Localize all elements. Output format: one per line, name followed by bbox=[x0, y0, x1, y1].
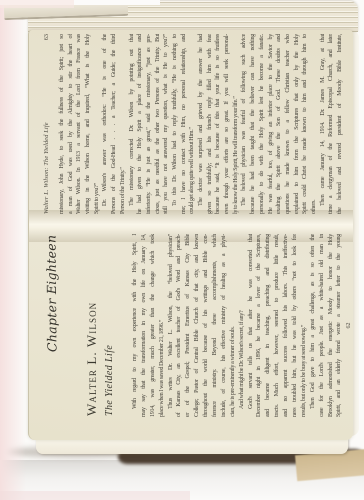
text-line: because he had been taught that the beli… bbox=[249, 34, 258, 214]
text-line: er of the Gospel; President Emeritus of … bbox=[184, 234, 193, 417]
text-line: me; I have no contact with Him, no perso… bbox=[180, 34, 189, 214]
text-line: Thus writes Dr. Walter L. Wilson, the “b… bbox=[167, 234, 176, 417]
text-line: even though your efforts are so great. I… bbox=[223, 34, 232, 214]
text-line: he had given to the Holy Spirit a place … bbox=[136, 34, 145, 214]
text-line: because he said, “It is because of this … bbox=[214, 34, 223, 214]
text-line: personally to do with the Holy Spirit le… bbox=[258, 34, 267, 214]
text-line: missionary, John Hyde, to seek the fulln… bbox=[58, 34, 67, 214]
text-line: cious, just as needful as the other two … bbox=[154, 34, 163, 214]
page-number-63: 63 bbox=[43, 34, 50, 40]
text-line: explained to him from the Scriptures tha… bbox=[293, 34, 302, 214]
text-line: College; Pastor of Central Bible Church … bbox=[193, 234, 202, 417]
text-line: December night in 1896, he became a love… bbox=[255, 234, 264, 417]
text-line: The missionary corrected Dr. Wilson by p… bbox=[128, 34, 137, 214]
text-line: others. bbox=[310, 34, 319, 214]
book-spread: Chapter Eighteen Walter L. Wilson The Yi… bbox=[28, 30, 353, 440]
text-line: Spirit to you?” bbox=[93, 34, 102, 214]
text-line: still you have not answered my question,… bbox=[162, 34, 171, 214]
text-line: and no apparent success followed his lab… bbox=[282, 234, 291, 417]
photo-top-tint bbox=[0, 0, 74, 8]
text-line: With regard to my own experience with th… bbox=[131, 234, 140, 417]
text-line: The doctor was surprised and grieved by … bbox=[197, 34, 206, 214]
text-line: the beloved and revered president of Moo… bbox=[336, 34, 345, 214]
chapter-subtitle: The Yielded Life bbox=[104, 345, 115, 416]
text-line: case for the Lord's people. Just as a wh… bbox=[318, 234, 327, 417]
chapter-heading: Chapter Eighteen bbox=[43, 235, 59, 352]
text-line: time a clergyman of the Reformed Episcop… bbox=[327, 34, 336, 214]
book-photo: Chapter Eighteen Walter L. Wilson The Yi… bbox=[0, 0, 364, 500]
text-line: ference ministry. Beyond these accomplis… bbox=[211, 234, 220, 417]
text-line: Person of the Trinity.” bbox=[119, 34, 128, 214]
page-edge-left bbox=[36, 438, 348, 454]
chapter-title: Walter L. Wilson bbox=[84, 302, 100, 416]
text-line: may say that the transformation in my ow… bbox=[140, 234, 149, 417]
text-line: Then came January 14, 1914. Dr. James M.… bbox=[319, 34, 328, 214]
text-line: visiting in the Wilson home, and inquire… bbox=[84, 34, 93, 214]
page-63-text: missionary, John Hyde, to seek the fulln… bbox=[58, 34, 345, 214]
page-number-62: 62 bbox=[346, 234, 352, 417]
text-line: To this Dr. Wilson had to reply truthful… bbox=[171, 34, 180, 214]
text-line: place when I was saved December 21, 1896… bbox=[158, 234, 167, 417]
text-line: questions he made known to a fellow Chri… bbox=[284, 34, 293, 214]
text-line: could get along quite well without Him.” bbox=[188, 34, 197, 214]
text-line: Spirit could Christ be made known to him… bbox=[301, 34, 310, 214]
text-line: ness troubled him, but he was told by ot… bbox=[291, 234, 300, 417]
page-62: Chapter Eighteen Walter L. Wilson The Yi… bbox=[29, 222, 353, 440]
text-line: He was fearful, too, of giving an inferi… bbox=[267, 34, 276, 214]
text-line: Walter Wilson. In 1913 a servant of the … bbox=[75, 34, 84, 214]
text-line: Then God gave to him a great challenge, … bbox=[309, 234, 318, 417]
text-line: results, but only to be busy at seed sow… bbox=[300, 234, 309, 417]
running-header-row: Walter L. Wilson: The Yielded Life 63 bbox=[43, 34, 50, 214]
text-line: 1914, was greater, much greater than the… bbox=[149, 234, 158, 417]
text-line: exalting the Spirit above the Son of God… bbox=[275, 34, 284, 214]
page-62-text: With regard to my own experience with th… bbox=[131, 234, 344, 417]
running-header: Walter L. Wilson: The Yielded Life bbox=[43, 122, 50, 214]
open-book: Chapter Eighteen Walter L. Wilson The Yi… bbox=[0, 0, 364, 500]
text-line: Brooklyn admonished the energetic Moody … bbox=[327, 234, 336, 417]
text-line: The beloved physician was fearful of fol… bbox=[240, 34, 249, 214]
text-line: And what might be Dr. Wilson's secret, i… bbox=[238, 234, 247, 417]
text-line: throughout the world because of his writ… bbox=[202, 234, 211, 417]
text-line: given so truthfully; and his friend's re… bbox=[206, 34, 215, 214]
text-line: ly to know the Holy Spirit, He will tran… bbox=[232, 34, 241, 214]
text-line: of Kansas City, an excellent teacher of … bbox=[175, 234, 184, 417]
text-line: include, of course, his effective minist… bbox=[220, 234, 229, 417]
text-line: and became diligent in teaching, preachi… bbox=[264, 234, 273, 417]
text-line: inferiority. “He is just as great,” said… bbox=[145, 34, 154, 214]
text-line: God's servant tells us that after he was… bbox=[247, 234, 256, 417]
text-line: a man of God was used by the Almighty to… bbox=[67, 34, 76, 214]
text-line: cian, he is pre-eminently a winner of so… bbox=[229, 234, 238, 417]
text-line: Persons of the God-Head . . . a Teacher;… bbox=[110, 34, 119, 214]
text-line: tracts. Much effort, however, seemed to … bbox=[273, 234, 282, 417]
page-63: Walter L. Wilson: The Yielded Life 63 mi… bbox=[29, 30, 353, 222]
text-line: Dr. Wilson's answer was orthodox: “He is… bbox=[101, 34, 110, 214]
text-line: Spirit, and an elderly friend wrote a st… bbox=[335, 234, 344, 417]
